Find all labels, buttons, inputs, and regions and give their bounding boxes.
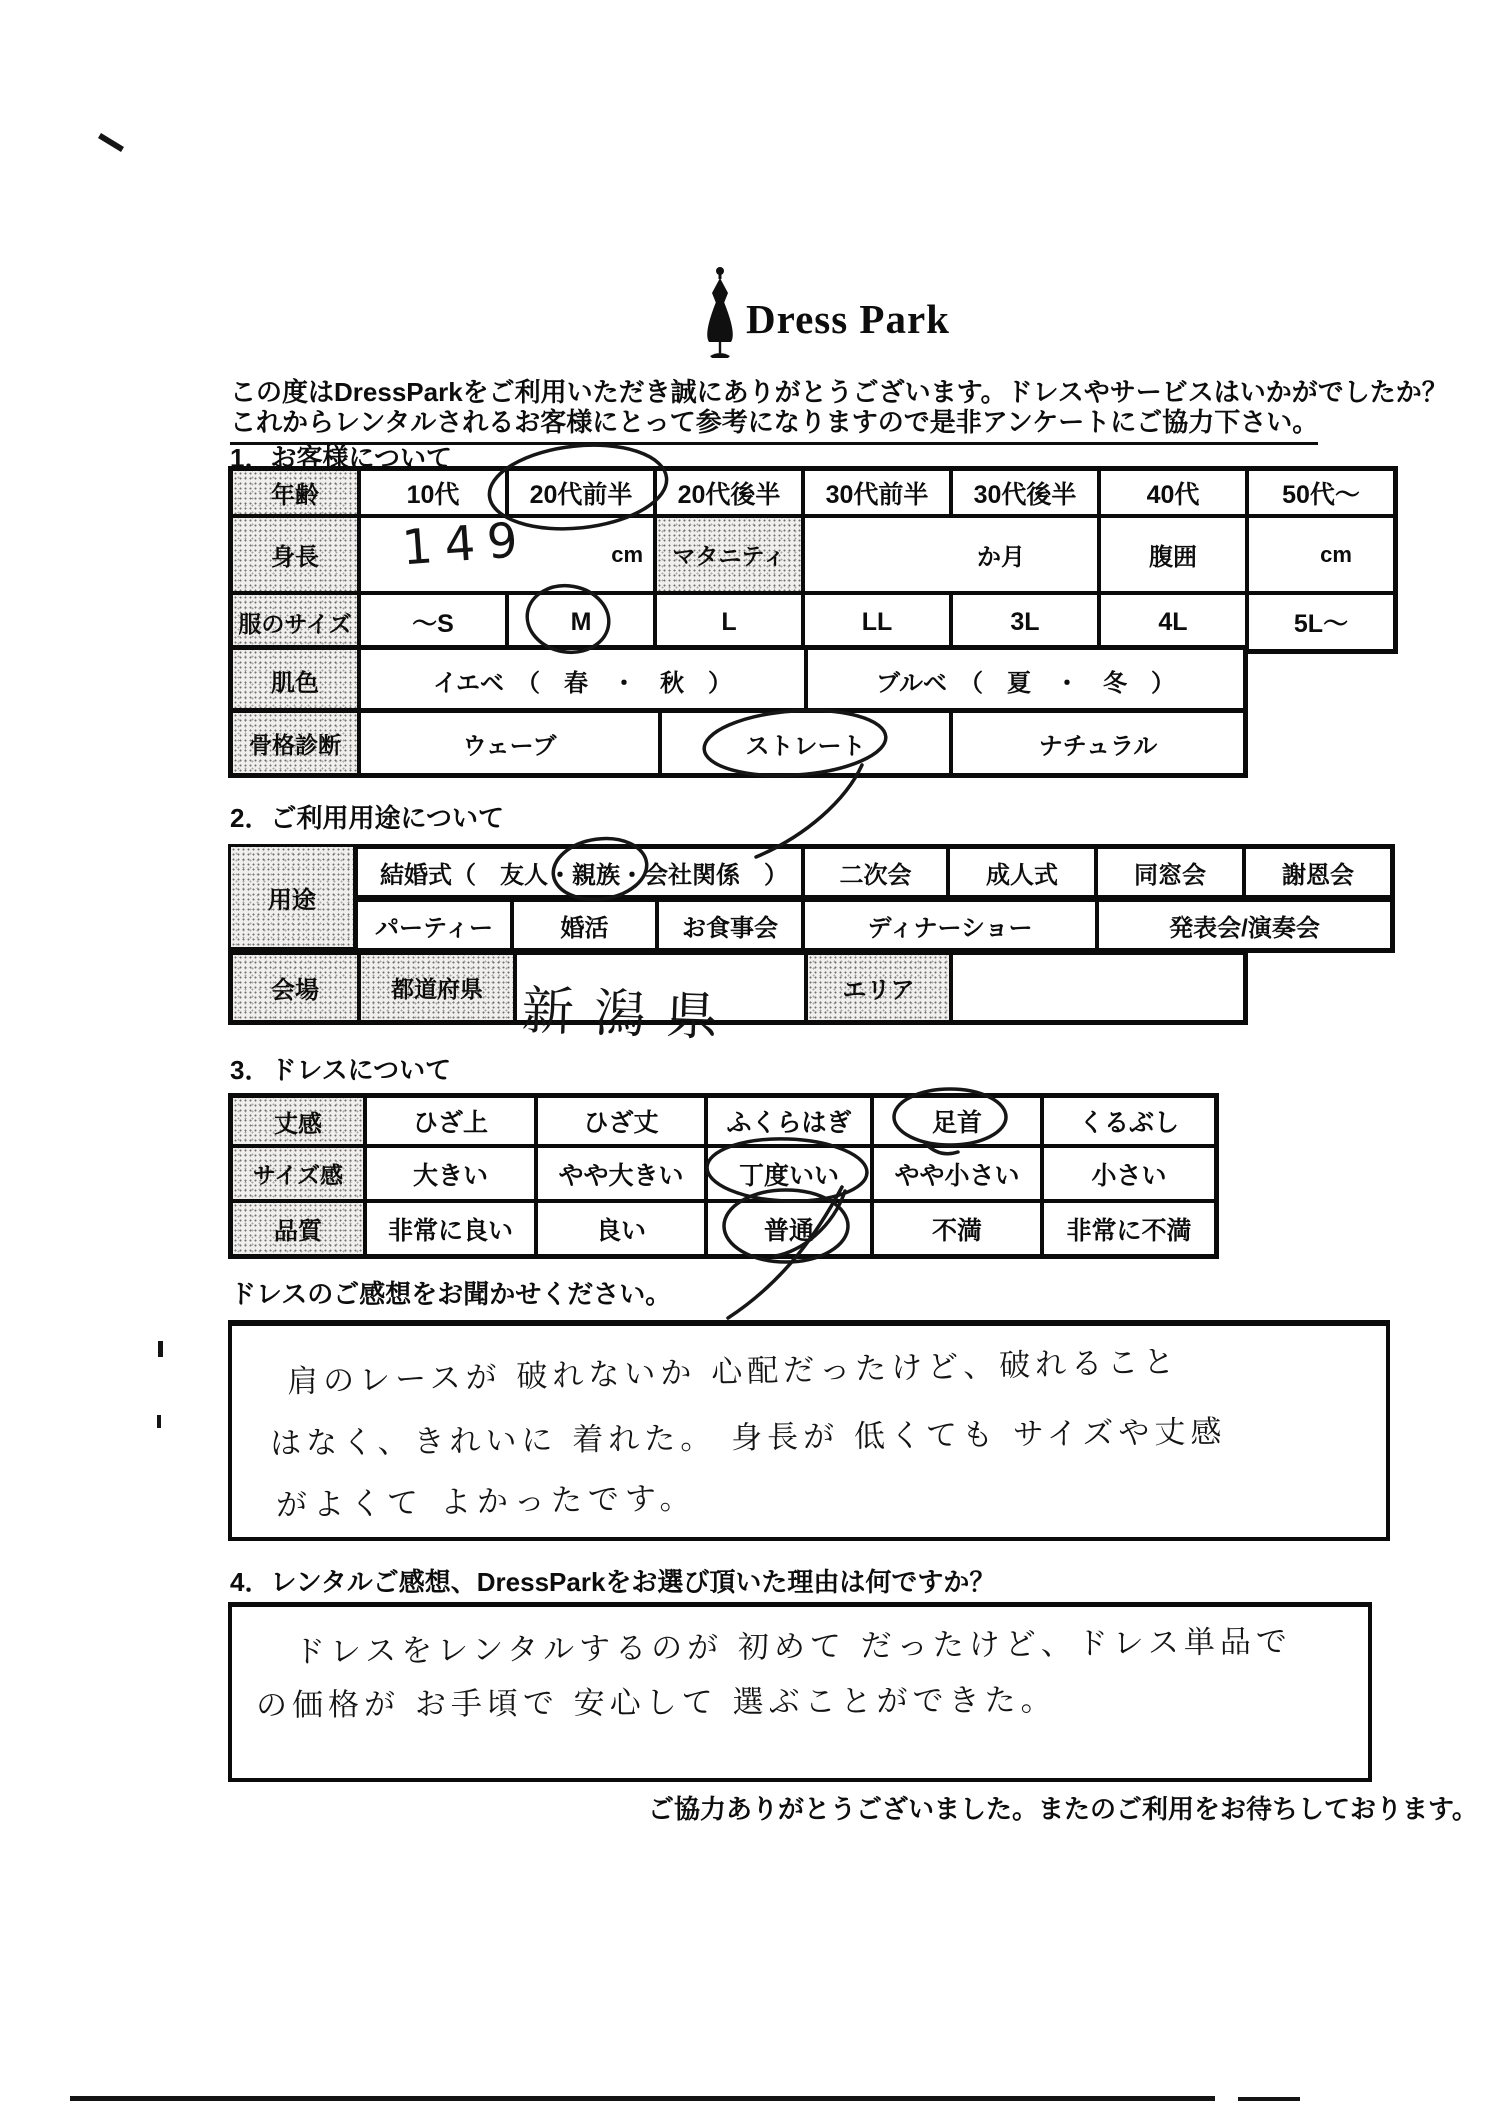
size-option-4l: 4L (1099, 593, 1247, 651)
venue-header: 会場 (231, 953, 359, 1022)
skin-tone-header: 肌色 (231, 648, 359, 712)
age-row-header: 年齢 (231, 469, 359, 516)
fit-option-slightly-large: やや大きい (536, 1146, 706, 1201)
quality-option-very-dissatisfied: 非常に不満 (1042, 1201, 1216, 1256)
quality-option-very-good: 非常に良い (365, 1201, 536, 1256)
age-option-late-30s: 30代後半 (951, 469, 1099, 516)
usage-option-thanks-party: 謝恩会 (1244, 847, 1392, 897)
footer-thanks-text: ご協力ありがとうございました。またのご利用をお待ちしております。 (648, 1789, 1478, 1826)
usage-option-reunion: 同窓会 (1096, 847, 1244, 897)
length-option-ankle: 足首 (872, 1096, 1042, 1146)
fit-option-large: 大きい (365, 1146, 536, 1201)
size-option-m: M (507, 593, 655, 651)
age-option-late-20s: 20代後半 (655, 469, 803, 516)
scan-artifact-line-bottom (70, 2096, 1215, 2101)
waist-unit-cell: cm (1247, 516, 1395, 593)
skin-tone-row: 肌色 イエベ （ 春 ・ 秋 ） ブルベ （ 夏 ・ 冬 ） (228, 645, 1248, 715)
size-option-l: L (655, 593, 803, 651)
fit-row-header: サイズ感 (231, 1146, 365, 1201)
age-option-10s: 10代 (359, 469, 507, 516)
section2-heading: 2．ご利用用途について (230, 798, 504, 835)
size-option-5l: 5L～ (1247, 593, 1395, 651)
ink-speck-left-2 (157, 1415, 161, 1428)
height-unit-label: cm (611, 542, 643, 568)
dress-comment-line-3: がよくて よかったです。 (276, 1472, 697, 1524)
ink-speck-left-1 (158, 1341, 163, 1357)
fit-option-slightly-small: やや小さい (872, 1146, 1042, 1201)
skeleton-option-wave: ウェーブ (359, 711, 660, 775)
handwritten-height-value: 149 (400, 512, 531, 577)
fit-option-small: 小さい (1042, 1146, 1216, 1201)
fit-option-just-right: 丁度いい (706, 1146, 872, 1201)
dress-form-icon (702, 266, 738, 358)
skeleton-option-natural: ナチュラル (951, 711, 1245, 775)
quality-option-good: 良い (536, 1201, 706, 1256)
usage-row-1: 結婚式（ 友人・親族・会社関係 ） 二次会 成人式 同窓会 謝恩会 (353, 844, 1395, 900)
size-row-header: 服のサイズ (231, 593, 359, 651)
skin-tone-option-yellow-base: イエベ （ 春 ・ 秋 ） (359, 648, 806, 712)
maternity-months-cell: か月 (803, 516, 1099, 593)
wedding-text-relatives: 親族 (572, 855, 620, 890)
rental-comment-box: ドレスをレンタルするのが 初めて だったけど、ドレス単品で の価格が お手頃で … (228, 1602, 1372, 1782)
usage-option-afterparty: 二次会 (803, 847, 948, 897)
quality-row-header: 品質 (231, 1201, 365, 1256)
length-option-above-knee: ひざ上 (365, 1096, 536, 1146)
length-option-calf: ふくらはぎ (706, 1096, 872, 1146)
usage-option-coming-of-age: 成人式 (948, 847, 1096, 897)
area-header: エリア (806, 953, 951, 1022)
rental-comment-line-1: ドレスをレンタルするのが 初めて だったけど、ドレス単品で (294, 1616, 1292, 1671)
skin-tone-option-blue-base: ブルベ （ 夏 ・ 冬 ） (806, 648, 1245, 712)
waist-label-cell: 腹囲 (1099, 516, 1247, 593)
height-row-header: 身長 (231, 516, 359, 593)
dress-comment-box: 肩のレースが 破れないか 心配だったけど、破れること はなく、きれいに 着れた。… (228, 1320, 1390, 1541)
area-value-cell (951, 953, 1245, 1022)
age-option-early-30s: 30代前半 (803, 469, 951, 516)
section4-heading: 4．レンタルご感想、DressParkをお選び頂いた理由は何ですか？ (230, 1562, 995, 1599)
dress-comment-line-2: はなく、きれいに 着れた。 身長が 低くても サイズや丈感 (270, 1406, 1227, 1463)
age-option-40s: 40代 (1099, 469, 1247, 516)
skeleton-header: 骨格診断 (231, 711, 359, 775)
age-option-early-20s: 20代前半 (507, 469, 655, 516)
usage-option-dinner-show: ディナーショー (803, 900, 1097, 950)
size-option-3l: 3L (951, 593, 1099, 651)
maternity-header: マタニティ (655, 516, 803, 593)
dress-comment-prompt: ドレスのご感想をお聞かせください。 (230, 1274, 671, 1311)
skeleton-option-straight: ストレート (660, 711, 951, 775)
scan-artifact-dash-bottom (1238, 2097, 1300, 2101)
usage-row-header: 用途 (228, 844, 356, 950)
brand-logo-text: Dress Park (746, 295, 950, 343)
dress-feedback-table: 丈感 ひざ上 ひざ丈 ふくらはぎ 足首 くるぶし サイズ感 大きい やや大きい … (228, 1093, 1219, 1259)
scanned-survey-page: Dress Park この度はDressParkをご利用いただき誠にありがとうご… (0, 0, 1500, 2127)
prefecture-header: 都道府県 (359, 953, 515, 1022)
pen-tick-top-left (98, 133, 124, 152)
usage-option-konkatsu: 婚活 (512, 900, 657, 950)
skeleton-row: 骨格診断 ウェーブ ストレート ナチュラル (228, 708, 1248, 778)
wedding-text-suffix: ・会社関係 ） (620, 855, 788, 890)
dress-comment-line-1: 肩のレースが 破れないか 心配だったけど、破れること (287, 1336, 1180, 1401)
size-option-s: ～S (359, 593, 507, 651)
length-option-knee: ひざ丈 (536, 1096, 706, 1146)
handwritten-prefecture: 新潟県 (521, 968, 740, 1050)
usage-option-party: パーティー (356, 900, 512, 950)
rental-comment-line-2: の価格が お手頃で 安心して 選ぶことができた。 (256, 1674, 1057, 1725)
usage-option-recital: 発表会/演奏会 (1097, 900, 1392, 950)
size-option-ll: LL (803, 593, 951, 651)
length-option-anklebone: くるぶし (1042, 1096, 1216, 1146)
usage-option-wedding: 結婚式（ 友人・親族・会社関係 ） (356, 847, 803, 897)
age-option-50s: 50代～ (1247, 469, 1395, 516)
usage-option-dinner: お食事会 (657, 900, 803, 950)
quality-option-average: 普通 (706, 1201, 872, 1256)
usage-row-2: パーティー 婚活 お食事会 ディナーショー 発表会/演奏会 (353, 897, 1395, 953)
wedding-text-prefix: 結婚式（ 友人・ (380, 855, 572, 890)
length-row-header: 丈感 (231, 1096, 365, 1146)
section3-heading: 3．ドレスについて (230, 1050, 451, 1087)
quality-option-dissatisfied: 不満 (872, 1201, 1042, 1256)
